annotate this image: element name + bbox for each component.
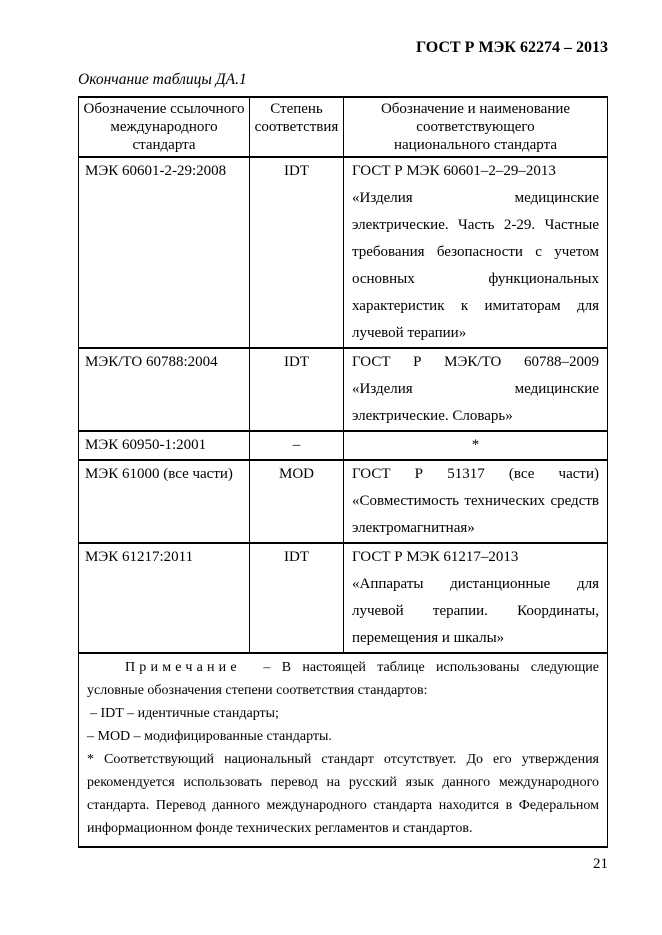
cell-degree: MOD [250, 460, 344, 543]
cell-reference-standard: МЭК 61000 (все части) [79, 460, 250, 543]
cell-national-standard: ГОСТ Р МЭК 60601–2–29–2013 «Изделия меди… [344, 157, 608, 348]
table-note-row: Примечание – В настоящей таблице использ… [79, 653, 608, 847]
cell-degree: IDT [250, 543, 344, 653]
national-standard-title: «Изделия медицинские электрические. Част… [352, 185, 599, 347]
column-header-line: Обозначение и наименование [346, 100, 605, 118]
table-row: МЭК 61217:2011 IDT ГОСТ Р МЭК 61217–2013… [79, 543, 608, 653]
table-note: Примечание – В настоящей таблице использ… [79, 653, 608, 847]
national-standard-title: * [352, 432, 599, 459]
column-header-line: Обозначение ссылочного [81, 100, 247, 118]
column-header-line: международного [81, 118, 247, 136]
cell-national-standard: ГОСТ Р МЭК 61217–2013 «Аппараты дистанци… [344, 543, 608, 653]
cell-degree: – [250, 431, 344, 460]
cell-national-standard: ГОСТ Р МЭК/ТО 60788–2009 «Изделия медици… [344, 348, 608, 431]
national-standard-title: ГОСТ Р МЭК/ТО 60788–2009 «Изделия медици… [352, 349, 599, 430]
correspondence-table: Обозначение ссылочного международного ст… [78, 96, 608, 848]
national-standard-title: «Аппараты дистанционные для лучевой тера… [352, 571, 599, 652]
table-header-row: Обозначение ссылочного международного ст… [79, 97, 608, 157]
note-label: Примечание [125, 660, 241, 675]
table-row: МЭК 60601-2-29:2008 IDT ГОСТ Р МЭК 60601… [79, 157, 608, 348]
column-header-line: соответствия [252, 118, 341, 136]
column-header-line: стандарта [81, 136, 247, 154]
national-standard-number: ГОСТ Р МЭК 61217–2013 [352, 544, 599, 571]
cell-national-standard: * [344, 431, 608, 460]
column-header-national-standard: Обозначение и наименование соответствующ… [344, 97, 608, 157]
column-header-line: Степень [252, 100, 341, 118]
note-intro: Примечание – В настоящей таблице использ… [87, 656, 599, 702]
table-row: МЭК/ТО 60788:2004 IDT ГОСТ Р МЭК/ТО 6078… [79, 348, 608, 431]
document-page: { "page": { "doc_header": "ГОСТ Р МЭК 62… [0, 0, 662, 935]
national-standard-number: ГОСТ Р МЭК 60601–2–29–2013 [352, 158, 599, 185]
national-standard-title: ГОСТ Р 51317 (все части) «Совместимость … [352, 461, 599, 542]
page-number: 21 [593, 856, 608, 873]
cell-degree: IDT [250, 348, 344, 431]
note-item-mod: – MOD – модифицированные стандарты. [87, 725, 599, 748]
column-header-line: национального стандарта [346, 136, 605, 154]
table-row: МЭК 60950-1:2001 – * [79, 431, 608, 460]
note-footnote: * Соответствующий национальный стандарт … [87, 748, 599, 840]
column-header-line: соответствующего [346, 118, 605, 136]
cell-degree: IDT [250, 157, 344, 348]
column-header-reference-standard: Обозначение ссылочного международного ст… [79, 97, 250, 157]
document-header: ГОСТ Р МЭК 62274 – 2013 [416, 39, 608, 57]
table-caption: Окончание таблицы ДА.1 [78, 71, 247, 89]
cell-national-standard: ГОСТ Р 51317 (все части) «Совместимость … [344, 460, 608, 543]
cell-reference-standard: МЭК 60950-1:2001 [79, 431, 250, 460]
cell-reference-standard: МЭК 60601-2-29:2008 [79, 157, 250, 348]
note-item-idt: – IDT – идентичные стандарты; [87, 702, 599, 725]
cell-reference-standard: МЭК/ТО 60788:2004 [79, 348, 250, 431]
column-header-degree: Степень соответствия [250, 97, 344, 157]
table-row: МЭК 61000 (все части) MOD ГОСТ Р 51317 (… [79, 460, 608, 543]
cell-reference-standard: МЭК 61217:2011 [79, 543, 250, 653]
